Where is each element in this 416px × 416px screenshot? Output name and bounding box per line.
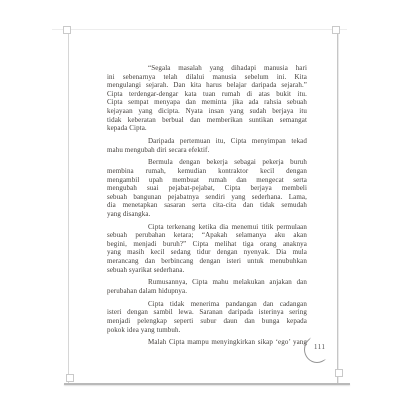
text-line: Rumusannya, Cipta mahu melakukan anjakan… bbox=[107, 278, 307, 287]
paragraph: Malah Cipta mampu menyingkirkan sikap ‘e… bbox=[107, 338, 307, 347]
text-line: tidak keberatan berbual dan memberikan s… bbox=[107, 116, 307, 125]
page-edge-right bbox=[337, 30, 338, 385]
text-line: merancang dan berbincang dengan isteri u… bbox=[107, 257, 307, 266]
text-line: mahu mengubah diri secara efektif. bbox=[107, 146, 307, 155]
text-line: ini sebenarnya telah dilalui manusia seb… bbox=[107, 73, 307, 82]
text-line: pokok idea yang tumbuh. bbox=[107, 326, 307, 335]
text-line: kepada Cipta. bbox=[107, 124, 307, 133]
paragraph: Cipta tidak menerima pandangan dan cadan… bbox=[107, 300, 307, 334]
corner-mark-top-right bbox=[332, 26, 340, 34]
page-edge-left bbox=[68, 30, 69, 384]
text-line: Cipta terdengar-dengar kata tuan rumah d… bbox=[107, 90, 307, 99]
page-number: 111 bbox=[314, 344, 326, 352]
text-line: Cipta sempat menyapa dan meminta jika ad… bbox=[107, 98, 307, 107]
text-line: sebuah bangunan pejabatnya sendiri yang … bbox=[107, 193, 307, 202]
corner-mark-bottom-right bbox=[335, 369, 343, 377]
scanned-book-page: “Segala masalah yang dihadapi manusia ha… bbox=[0, 0, 416, 416]
paragraph: Bermula dengan bekerja sebagai pekerja b… bbox=[107, 158, 307, 218]
text-line: membina rumah, kemudian kontraktor kecil… bbox=[107, 167, 307, 176]
text-line: mengambil upah membuat rumah dan mengeca… bbox=[107, 176, 307, 185]
text-line: Daripada pertemuan itu, Cipta menyimpan … bbox=[107, 137, 307, 146]
page-number-badge: 111 bbox=[303, 334, 337, 368]
paragraph: Rumusannya, Cipta mahu melakukan anjakan… bbox=[107, 278, 307, 295]
text-line: mengulangi sejarah. Dan kita harus belaj… bbox=[107, 81, 307, 90]
text-line: Malah Cipta mampu menyingkirkan sikap ‘e… bbox=[107, 338, 307, 347]
text-line: kejayaan yang dicipta. Nyata insan yang … bbox=[107, 107, 307, 116]
text-line: “Segala masalah yang dihadapi manusia ha… bbox=[107, 64, 307, 73]
text-line: Cipta terkenang ketika dia menemui titik… bbox=[107, 223, 307, 232]
text-line: dia menetapkan sasaran serta cita-cita d… bbox=[107, 201, 307, 210]
corner-mark-top-left bbox=[63, 26, 71, 34]
text-line: yang disangka. bbox=[107, 210, 307, 219]
text-line: begini, menjadi buruh?” Cipta melihat ti… bbox=[107, 240, 307, 249]
text-line: menjadi pelengkap seperti subur daun dan… bbox=[107, 317, 307, 326]
page-text: “Segala masalah yang dihadapi manusia ha… bbox=[107, 64, 307, 351]
text-line: Cipta tidak menerima pandangan dan cadan… bbox=[107, 300, 307, 309]
page-edge-top bbox=[52, 29, 347, 30]
paragraph: “Segala masalah yang dihadapi manusia ha… bbox=[107, 64, 307, 133]
text-line: Bermula dengan bekerja sebagai pekerja b… bbox=[107, 158, 307, 167]
text-line: sebuah perubahan ketara; “Apakah selaman… bbox=[107, 231, 307, 240]
text-line: sebuah syarikat sederhana. bbox=[107, 266, 307, 275]
text-line: yang masih kecil sedang tidur dengan nye… bbox=[107, 248, 307, 257]
text-line: perubahan dalam hidupnya. bbox=[107, 287, 307, 296]
text-line: mengubah suai pejabat-pejabat, Cipta ber… bbox=[107, 184, 307, 193]
text-line: isteri dengan sambil lewa. Saranan darip… bbox=[107, 308, 307, 317]
page-edge-bottom bbox=[64, 383, 350, 385]
paragraph: Cipta terkenang ketika dia menemui titik… bbox=[107, 223, 307, 275]
corner-mark-bottom-left bbox=[66, 374, 74, 382]
paragraph: Daripada pertemuan itu, Cipta menyimpan … bbox=[107, 137, 307, 154]
